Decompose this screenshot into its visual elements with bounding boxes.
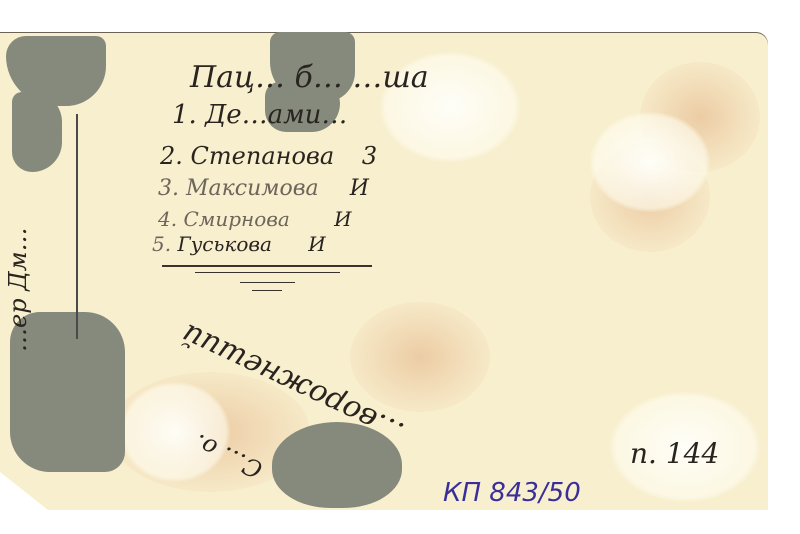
stain bbox=[120, 382, 230, 482]
stain bbox=[590, 112, 710, 212]
underline bbox=[162, 265, 372, 267]
document-card: Пац… б… …ша 1. Де…ами… 2. Степанова 3 3.… bbox=[0, 32, 768, 510]
stain bbox=[350, 302, 490, 412]
underline bbox=[252, 290, 282, 291]
margin-text: …ер Дм… bbox=[4, 227, 32, 352]
underline bbox=[240, 282, 295, 283]
list-item: 5. Гуськова И bbox=[152, 232, 326, 256]
underline bbox=[195, 272, 340, 273]
list-item: 3. Максимова И bbox=[158, 176, 369, 201]
paper-loss-patch bbox=[12, 92, 62, 172]
margin-line bbox=[76, 114, 78, 339]
archive-number: КП 843/50 bbox=[443, 478, 581, 508]
list-item: 1. Де…ами… bbox=[172, 100, 347, 130]
item-number: п. 144 bbox=[630, 437, 719, 470]
list-item: 2. Степанова 3 bbox=[160, 142, 377, 170]
heading: Пац… б… …ша bbox=[190, 60, 429, 95]
list-item: 4. Смирнова И bbox=[158, 207, 352, 231]
